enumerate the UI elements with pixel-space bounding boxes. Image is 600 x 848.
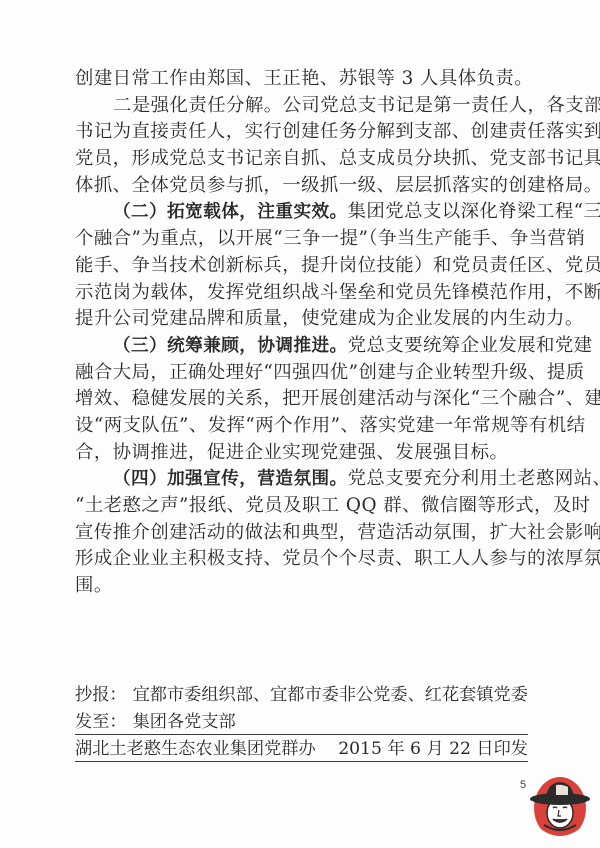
body-line: 党员，形成党总支书记亲自抓、总支成员分块抓、党支部书记具	[75, 146, 529, 173]
send-to-line: 发至：集团各党支部	[75, 709, 528, 736]
body-line: 二是强化责任分解。公司党总支书记是第一责任人，各支部	[75, 93, 529, 120]
divider-rule	[75, 734, 528, 735]
section-heading-four: （四）加强宣传，营造氛围。	[113, 469, 348, 489]
send-to-label: 发至：	[75, 712, 127, 732]
body-text-span: 集团党总支以深化脊梁工程“三	[348, 201, 600, 222]
body-line: 增效、稳健发展的关系，把开展创建活动与深化“三个融合”、建	[75, 386, 529, 413]
divider-rule	[75, 761, 528, 762]
document-body: 创建日常工作由郑国、王正艳、苏银等 3 人具体负责。 二是强化责任分解。公司党总…	[75, 66, 529, 600]
mascot-logo-icon	[526, 775, 592, 841]
send-to-recipients: 集团各党支部	[133, 712, 236, 732]
body-line: 形成企业业主积极支持、党员个个尽责、职工人人参与的浓厚氛	[75, 546, 529, 573]
section-four-first-line: （四）加强宣传，营造氛围。党总支要充分利用土老憨网站、	[75, 466, 529, 493]
section-two-first-line: （二）拓宽载体，注重实效。集团党总支以深化脊梁工程“三	[75, 199, 529, 226]
section-heading-three: （三）统筹兼顾，协调推进。	[113, 336, 348, 356]
document-page: 创建日常工作由郑国、王正艳、苏银等 3 人具体负责。 二是强化责任分解。公司党总…	[0, 0, 600, 848]
body-text-span: 党总支要统筹企业发展和党建	[348, 335, 593, 356]
body-text-span: 党总支要充分利用土老憨网站、	[348, 468, 600, 489]
cc-recipients: 宜都市委组织部、宜都市委非公党委、红花套镇党委	[133, 685, 528, 705]
issuer-line: 湖北土老憨生态农业集团党群办 2015 年 6 月 22 日印发	[75, 736, 528, 763]
cc-label: 抄报：	[75, 685, 127, 705]
body-line: 提升公司党建品牌和质量，使党建成为企业发展的内生动力。	[75, 306, 529, 333]
section-three-first-line: （三）统筹兼顾，协调推进。党总支要统筹企业发展和党建	[75, 333, 529, 360]
body-line: 能手、争当技术创新标兵，提升岗位技能）和党员责任区、党员	[75, 253, 529, 280]
section-heading-two: （二）拓宽载体，注重实效。	[113, 202, 348, 222]
body-line: 围。	[75, 573, 529, 600]
cc-line: 抄报：宜都市委组织部、宜都市委非公党委、红花套镇党委	[75, 682, 528, 709]
body-line: 设“两支队伍”、发挥“两个作用”、落实党建一年常规等有机结	[75, 413, 529, 440]
distribution-footer: 抄报：宜都市委组织部、宜都市委非公党委、红花套镇党委 发至：集团各党支部 湖北土…	[75, 682, 528, 763]
body-line: 合，协调推进，促进企业实现党建强、发展强目标。	[75, 440, 529, 467]
body-line: 体抓、全体党员参与抓，一级抓一级、层层抓落实的创建格局。	[75, 173, 529, 200]
issue-date: 2015 年 6 月 22 日印发	[338, 736, 528, 763]
body-line: 融合大局，正确处理好“四强四优”创建与企业转型升级、提质	[75, 360, 529, 387]
body-line: 创建日常工作由郑国、王正艳、苏银等 3 人具体负责。	[75, 66, 529, 93]
issuer-name: 湖北土老憨生态农业集团党群办	[75, 736, 316, 763]
body-line: 个融合”为重点，以开展“三争一提”（争当生产能手、争当营销	[75, 226, 529, 253]
body-line: 示范岗为载体，发挥党组织战斗堡垒和党员先锋模范作用，不断	[75, 280, 529, 307]
body-line: 书记为直接责任人，实行创建任务分解到支部、创建责任落实到	[75, 119, 529, 146]
body-line: 宣传推介创建活动的做法和典型，营造活动氛围，扩大社会影响，	[75, 520, 529, 547]
body-line: “土老憨之声”报纸、党员及职工 QQ 群、微信圈等形式，及时	[75, 493, 529, 520]
